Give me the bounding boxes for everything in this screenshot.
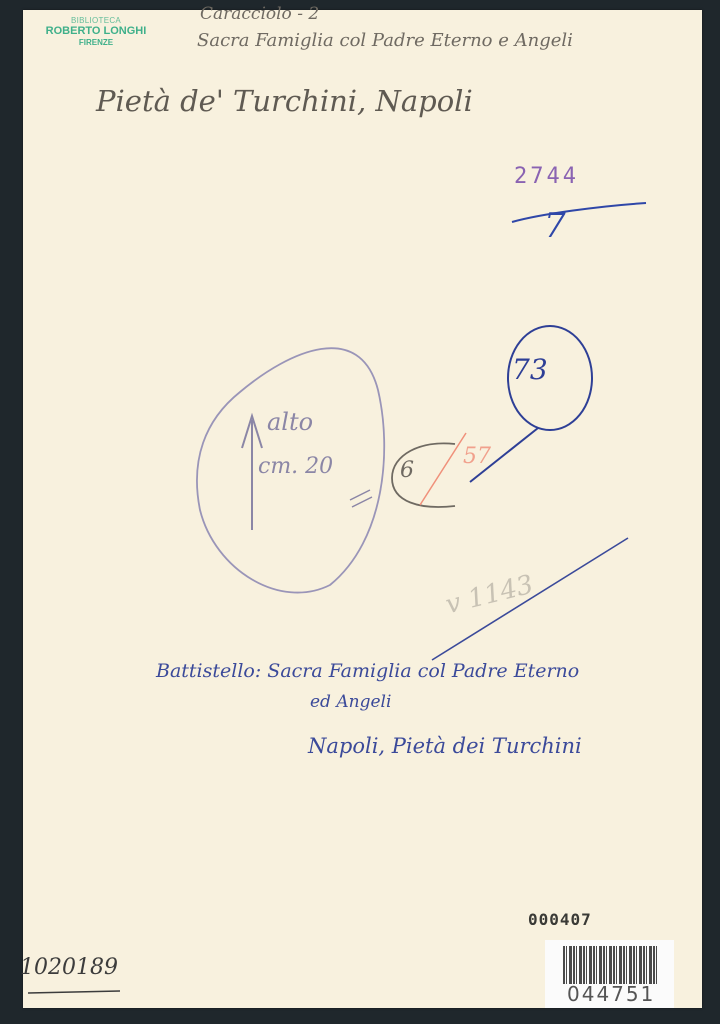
blue-note-line-2: ed Angeli: [310, 692, 391, 712]
inventory-number: 2744: [514, 164, 579, 189]
inventory-sub-number: 7: [544, 206, 566, 246]
handwritten-bottom-number: 1020189: [20, 955, 118, 980]
barcode-number: 044751: [567, 982, 655, 1006]
circled-small-number: 6: [400, 458, 414, 483]
library-stamp: BIBLIOTECA ROBERTO LONGHI FIRENZE: [44, 16, 148, 47]
barcode-label: 044751: [545, 940, 674, 1008]
photo-back-card: [23, 10, 702, 1008]
red-number: 57: [463, 444, 491, 469]
stamp-line-2: ROBERTO LONGHI: [44, 25, 148, 38]
artwork-title-text: Sacra Famiglia col Padre Eterno e Angeli: [197, 30, 573, 51]
orientation-note-alto: alto: [267, 408, 313, 436]
blue-note-line-1: Battistello: Sacra Famiglia col Padre Et…: [156, 660, 579, 682]
barcode-icon: [563, 946, 658, 984]
attribution-text: Caracciolo - 2: [200, 4, 319, 24]
circled-number: 73: [512, 353, 548, 386]
location-text: Pietà de' Turchini, Napoli: [96, 84, 473, 118]
orientation-note-size: cm. 20: [258, 454, 333, 479]
blue-note-line-3: Napoli, Pietà dei Turchini: [308, 734, 582, 758]
stamp-line-3: FIRENZE: [44, 38, 148, 47]
archive-code: 000407: [528, 910, 592, 929]
stamp-line-1: BIBLIOTECA: [44, 16, 148, 25]
